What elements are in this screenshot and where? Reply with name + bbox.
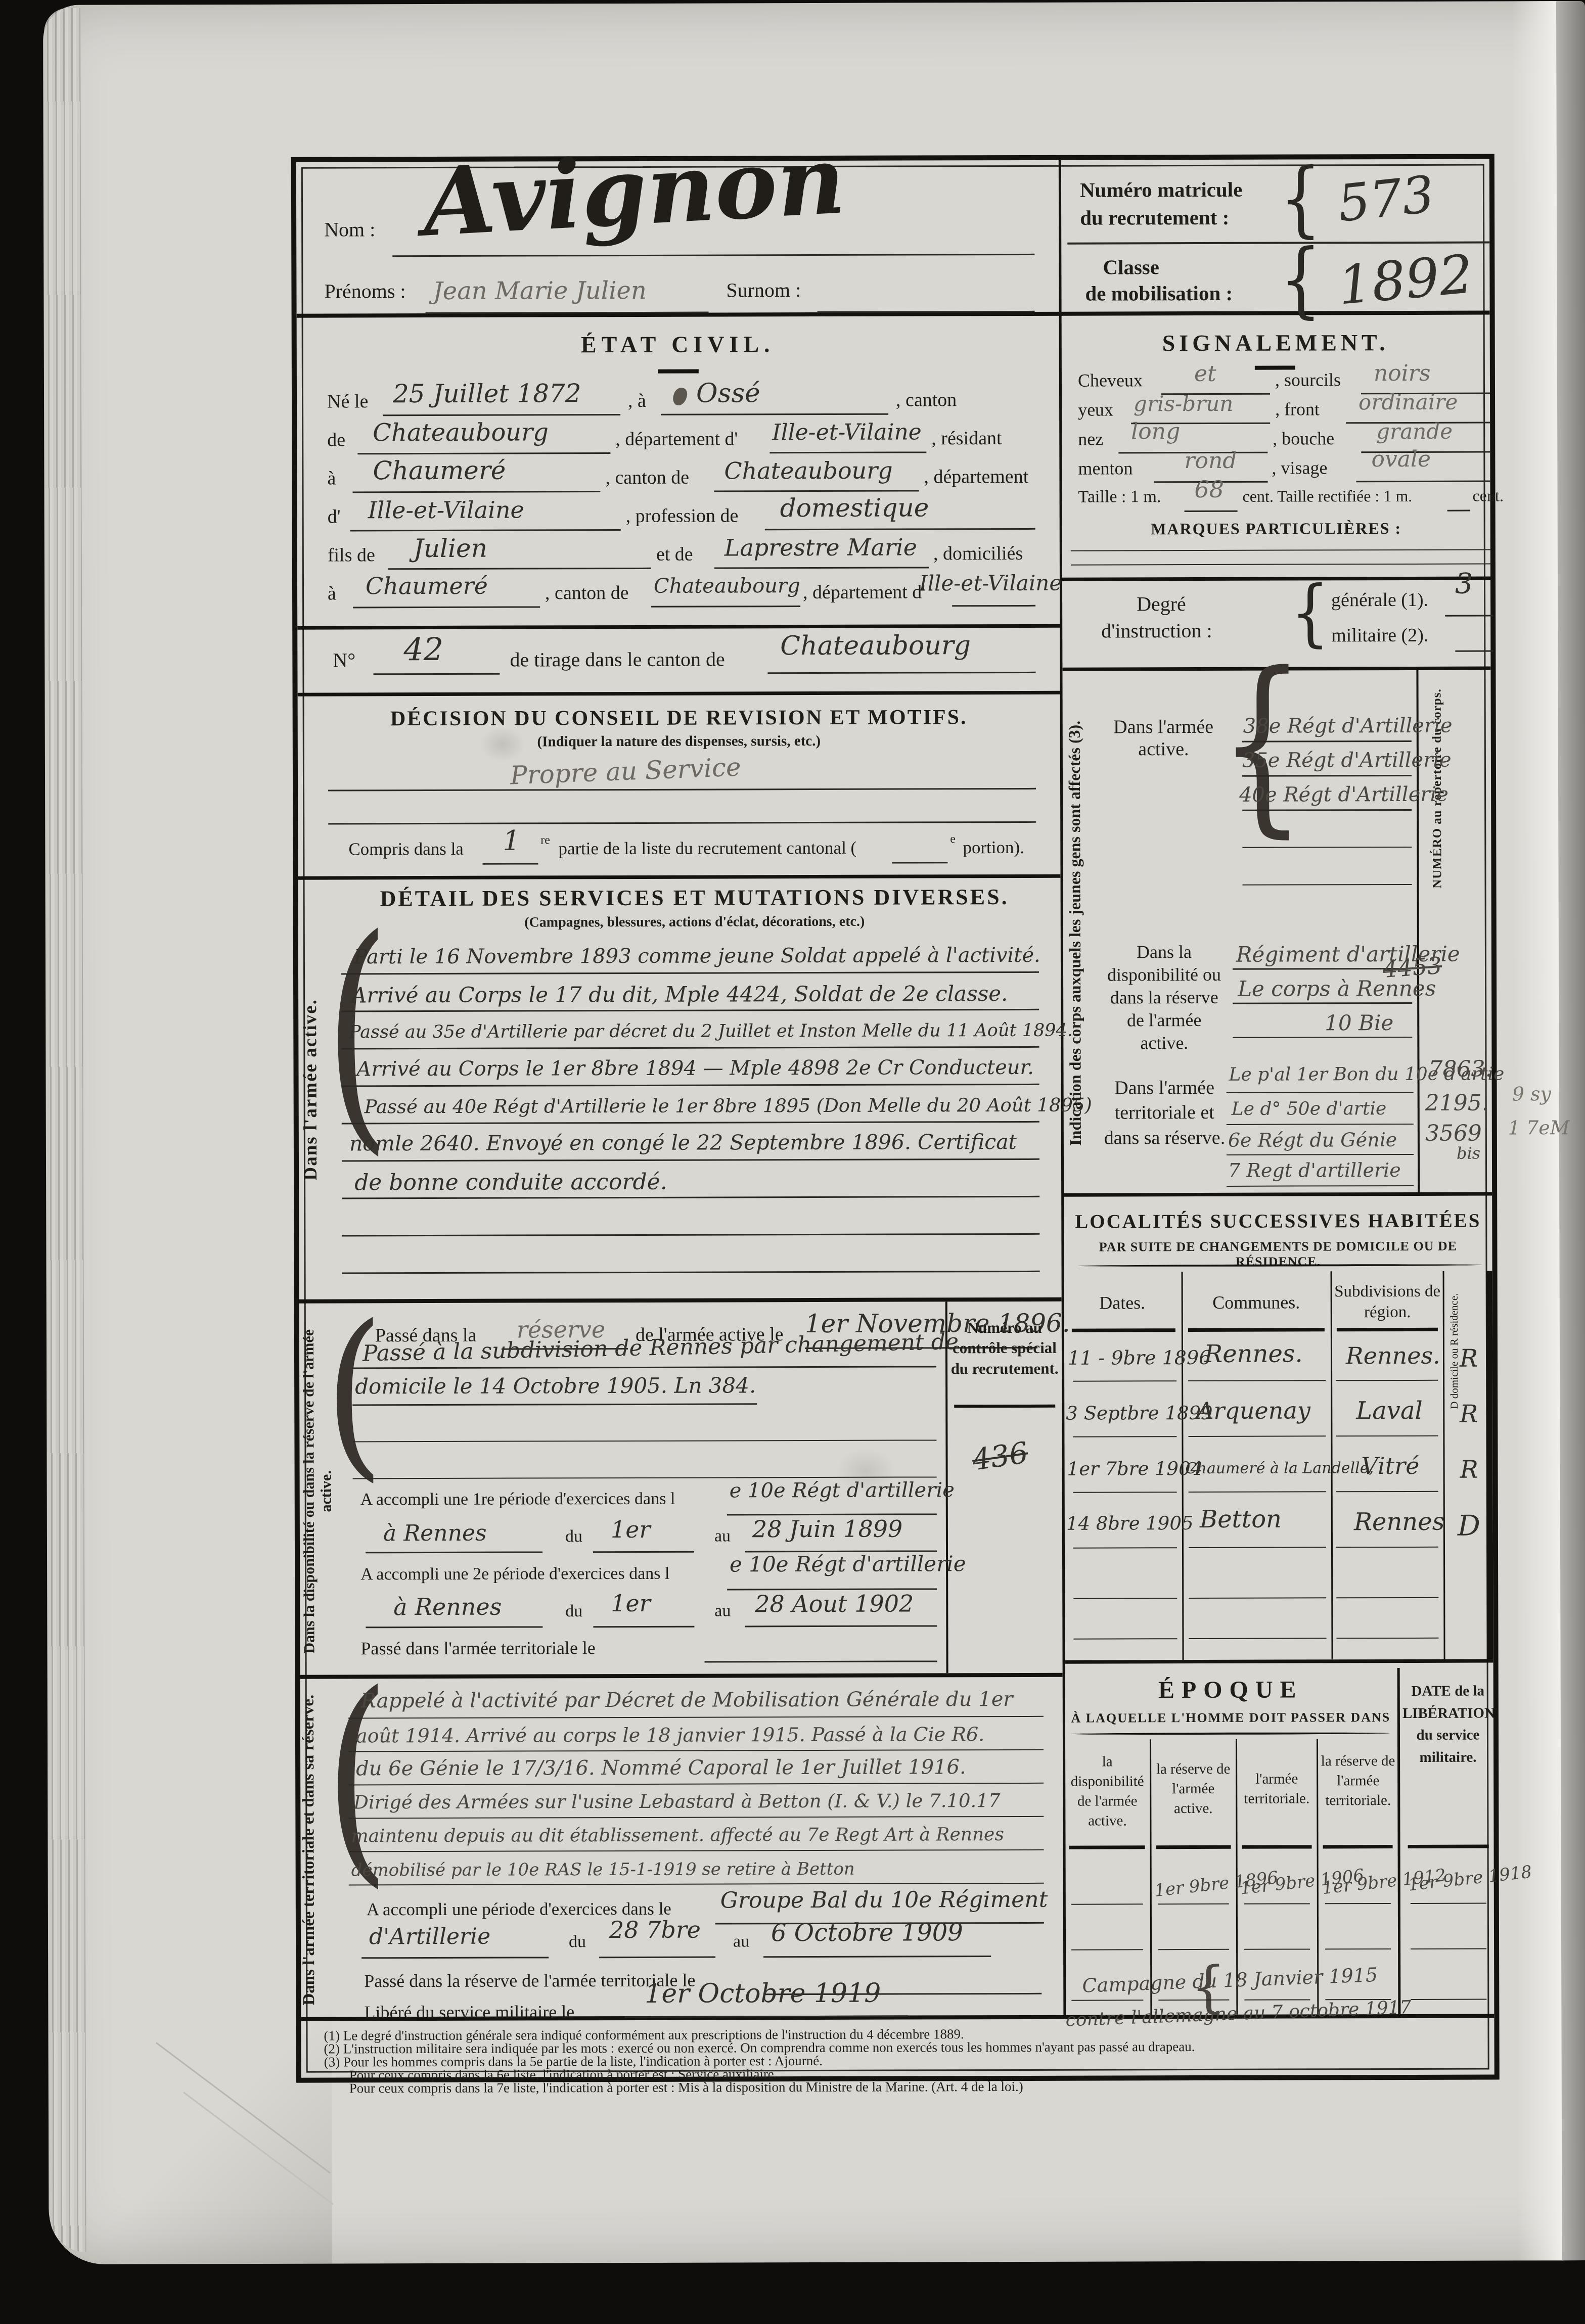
line [1227, 1124, 1414, 1125]
line [1189, 1547, 1326, 1548]
epoque-col-1: la disponibilité de l'armée active. [1067, 1752, 1148, 1831]
corps-terr-entry: 6e Régt du Génie [1228, 1129, 1397, 1151]
line [1185, 510, 1238, 512]
col-communes: Communes. [1183, 1291, 1330, 1313]
domicilies-label: , domiciliés [933, 542, 1023, 565]
epoque-header-underline [1069, 1845, 1145, 1849]
ne-le-label: Né le [327, 390, 368, 412]
line [1071, 549, 1490, 551]
canton-naissance: Chateaubourg [373, 418, 549, 447]
repertoire-number: 2195. [1425, 1090, 1489, 1116]
menton: rond [1184, 448, 1237, 474]
corps-active-entry: 35e Régt d'Artillerie [1242, 749, 1452, 772]
margin-note: 1 7eM [1508, 1117, 1570, 1139]
loc-subdivision: Laval [1356, 1397, 1423, 1425]
fils-de-label: fils de [328, 544, 375, 566]
a-label: à [328, 582, 336, 605]
line [1445, 615, 1493, 616]
matricule-line [1067, 242, 1489, 245]
numero-tirage-label: N° [333, 648, 355, 672]
rule [300, 1673, 1063, 1679]
classe-brace: { [1280, 238, 1322, 320]
territoriale-periode-corps-2: d'Artillerie [369, 1924, 490, 1950]
title-dash [658, 369, 699, 374]
epoque-col-4: la réserve de l'armée territoriale. [1320, 1751, 1396, 1811]
a-label: à [327, 467, 336, 489]
territoriale-entry: du 6e Génie le 17/3/16. Nommé Caporal le… [356, 1755, 966, 1780]
canton-suffix: , canton [896, 389, 957, 411]
header-underline [1188, 1328, 1325, 1332]
line [1411, 1999, 1486, 2000]
services-subtitle: (Campagnes, blessures, actions d'éclat, … [329, 913, 1061, 932]
line [352, 1403, 757, 1406]
militaire-label: militaire (2). [1331, 624, 1428, 647]
nez: long [1131, 419, 1180, 444]
rule [1062, 577, 1490, 581]
line [361, 1957, 549, 1959]
line [1188, 1380, 1326, 1381]
corps-terr-entry: Le d° 50e d'artie [1232, 1098, 1387, 1120]
header-underline [1337, 1328, 1438, 1332]
rule [1064, 1192, 1492, 1197]
au-label: au [714, 1526, 731, 1546]
periode2-label: A accompli une 2e période d'exercices da… [360, 1564, 669, 1585]
line [1227, 1154, 1414, 1155]
line [765, 528, 1035, 530]
profession: domestique [780, 493, 929, 523]
controle-underline [954, 1405, 1055, 1408]
line [1244, 1999, 1310, 2000]
line [714, 490, 919, 492]
sup: re [540, 833, 550, 847]
line [1336, 1435, 1438, 1437]
signalement-title: SIGNALEMENT. [1062, 329, 1490, 357]
corps-terr-label: Dans l'armée territoriale et dans sa rés… [1103, 1076, 1227, 1151]
line [341, 1009, 1039, 1012]
line [1188, 1435, 1326, 1437]
line [1411, 1903, 1486, 1904]
epoque-col-2: la réserve de l'armée active. [1153, 1759, 1234, 1819]
line [342, 1271, 1040, 1274]
cheveux-label: Cheveux [1078, 369, 1143, 391]
line [661, 413, 888, 415]
line [348, 1716, 1044, 1719]
numero-tirage: 42 [403, 631, 443, 668]
col-subdivisions: Subdivisions de région. [1333, 1281, 1442, 1323]
matricule-label-2: du recrutement : [1080, 205, 1229, 230]
header-underline [1072, 1328, 1175, 1332]
line [1189, 1597, 1326, 1599]
matricule-value: 573 [1335, 164, 1437, 234]
classe-value: 1892 [1335, 243, 1475, 316]
line [350, 529, 621, 531]
line [1447, 510, 1470, 512]
line [342, 1158, 1039, 1162]
corps-dispo-entry: 10 Bie [1325, 1010, 1393, 1035]
decision-title: DÉCISION DU CONSEIL DE REVISION ET MOTIF… [298, 705, 1060, 731]
matricule-form: Nom : Avignon Prénoms : Jean Marie Julie… [291, 154, 1500, 2082]
prenoms-label: Prénoms : [324, 279, 405, 303]
repertoire-number: 7863. [1428, 1056, 1492, 1082]
service-entry: Arrivé au Corps le 17 du dit, Mple 4424,… [351, 981, 1008, 1007]
corps-active-entry: 38e Régt d'Artillerie [1243, 714, 1453, 738]
line [651, 606, 800, 608]
corps-dispo-label: Dans la disponibilité ou dans la réserve… [1102, 941, 1227, 1055]
repertoire-number-bis: bis [1457, 1144, 1480, 1163]
rule [298, 874, 1061, 880]
line [366, 1551, 542, 1553]
line [1073, 1436, 1176, 1437]
periode1-debut: 1er [611, 1516, 651, 1543]
document-page: Nom : Avignon Prénoms : Jean Marie Julie… [43, 1, 1585, 2264]
line [1325, 1903, 1391, 1904]
cheveux: et [1194, 361, 1216, 387]
canton-de-label: , canton de [605, 467, 689, 489]
residant-label: , résidant [931, 427, 1002, 449]
line [1158, 1903, 1229, 1904]
canton-parents: Chateaubourg [654, 574, 800, 598]
line [1071, 2000, 1143, 2001]
loc-date: 3 Septbre 1899 [1066, 1402, 1212, 1424]
territoriale-entry: Rappelé à l'activité par Décret de Mobil… [361, 1688, 1013, 1712]
periode1-corps: e 10e Régt d'artillerie [730, 1478, 955, 1502]
loc-subdivision: Rennes [1354, 1508, 1445, 1536]
periode2-debut: 1er [611, 1590, 651, 1617]
front-label: , front [1275, 398, 1320, 420]
partie-num: 1 [503, 825, 520, 857]
line [1336, 1638, 1438, 1639]
epoque-subtitle: À LAQUELLE L'HOMME DOIT PASSER DANS [1065, 1710, 1396, 1726]
au-label: au [714, 1601, 731, 1620]
line [342, 1084, 1039, 1087]
line [342, 1196, 1039, 1199]
service-entry: Arrivé au Corps le 1er 8bre 1894 — Mple … [356, 1056, 1034, 1081]
service-entry: de bonne conduite accordé. [354, 1169, 667, 1196]
line [1073, 1492, 1177, 1493]
loc-date: 11 - 9bre 1896 [1068, 1346, 1211, 1369]
classe-label-2: de mobilisation : [1085, 281, 1233, 306]
line [1073, 1380, 1176, 1382]
territoriale-periode-debut: 28 7bre [609, 1916, 701, 1943]
line [599, 1957, 715, 1959]
line [1242, 847, 1412, 848]
line [745, 1625, 937, 1627]
line [348, 1816, 1044, 1819]
line [349, 1849, 1044, 1852]
line [1336, 1491, 1438, 1493]
line [352, 1439, 936, 1442]
loc-dr: R [1460, 1400, 1478, 1428]
epoque-col-3: l'armée territoriale. [1238, 1769, 1315, 1809]
rule [297, 624, 1060, 630]
line [593, 1626, 694, 1628]
territoriale-periode-fin: 6 Octobre 1909 [771, 1918, 963, 1947]
compris-texte: partie de la liste du recrutement canton… [558, 838, 856, 859]
line [366, 1626, 542, 1628]
line [1244, 1948, 1310, 1949]
line [1071, 564, 1490, 566]
corps-active-entry: 40e Régt d'Artillerie [1239, 783, 1448, 807]
line [1158, 1949, 1229, 1950]
generale-label: générale (1). [1331, 589, 1428, 612]
etat-civil-title: ÉTAT CIVIL. [297, 330, 1059, 359]
corps-terr-entry: 7 Regt d'artillerie [1228, 1159, 1401, 1182]
sourcils: noirs [1374, 360, 1431, 386]
line [593, 1551, 694, 1553]
line [892, 862, 947, 863]
visage-label: , visage [1272, 457, 1327, 478]
footnote-5: Pour ceux compris dans la 7e liste, l'in… [349, 2078, 1482, 2097]
territoriale-periode-corps: Groupe Bal du 10e Régiment [720, 1887, 1048, 1914]
line [388, 568, 651, 570]
yeux: gris-brun [1134, 391, 1233, 416]
departement-label: , département d' [803, 581, 925, 603]
decision-valeur: Propre au Service [510, 752, 741, 790]
line [342, 1121, 1039, 1125]
corps-active-label: Dans l'armée active. [1104, 716, 1223, 761]
line [353, 606, 540, 608]
line [1242, 740, 1412, 742]
departement-naissance: Ille-et-Vilaine [772, 419, 922, 445]
nom-label: Nom : [324, 217, 375, 241]
taille-label: Taille : 1 m. [1078, 487, 1161, 506]
sup: e [950, 832, 956, 846]
line [1073, 1638, 1177, 1640]
canton-residence: Chateaubourg [724, 457, 892, 485]
periode1-label: A accompli une 1re période d'exercices d… [360, 1490, 675, 1510]
au-label: au [733, 1932, 749, 1951]
line [1158, 2000, 1229, 2001]
controle-label: Numéro au contrôle spécial du recrutemen… [949, 1318, 1060, 1379]
service-entry: Passé au 35e d'Artillerie par décret du … [349, 1020, 1073, 1043]
line [1189, 1638, 1326, 1639]
localites-title: LOCALITÉS SUCCESSIVES HABITÉES [1064, 1210, 1492, 1233]
corps-side-label: Indication des corps auxquels les jeunes… [1065, 676, 1097, 1191]
line [342, 1233, 1039, 1237]
loc-date: 14 8bre 1905 [1066, 1512, 1194, 1535]
tirage-canton: Chateaubourg [780, 630, 971, 661]
periode2-fin: 28 Aout 1902 [755, 1590, 914, 1618]
du-label: du [565, 1602, 582, 1621]
visage: ovale [1371, 446, 1431, 472]
line [482, 863, 538, 864]
departement-suffix: , département [924, 466, 1028, 488]
degre-label: Degré [1137, 592, 1186, 616]
line [1336, 1597, 1438, 1599]
front: ordinaire [1358, 390, 1458, 415]
line [763, 1956, 991, 1958]
periode2-lieu: à Rennes [393, 1593, 502, 1621]
line [1073, 1598, 1177, 1599]
line [1336, 1547, 1438, 1548]
departement-residence: Ille-et-Vilaine [368, 496, 524, 524]
classe-label: Classe [1103, 255, 1159, 279]
territoriale-entry: août 1914. Arrivé au corps le 18 janvier… [356, 1723, 984, 1747]
line [714, 567, 929, 569]
profession-label: , profession de [626, 504, 739, 527]
epoque-header-underline [1156, 1845, 1231, 1849]
line [348, 1783, 1044, 1786]
naissance-date: 25 Juillet 1872 [393, 379, 581, 408]
sourcils-label: , sourcils [1275, 369, 1341, 390]
line [1243, 884, 1412, 886]
line [1356, 481, 1490, 483]
line [1336, 1380, 1438, 1381]
book-page-edges [44, 8, 86, 2252]
marques-label: MARQUES PARTICULIÈRES : [1062, 519, 1490, 539]
libere-date: 1er Octobre 1919 [645, 1978, 881, 2009]
epoque-title: ÉPOQUE [1065, 1676, 1396, 1704]
matricule-brace: { [1280, 157, 1322, 240]
epoque-header-underline [1323, 1845, 1393, 1848]
pere: Julien [414, 534, 487, 563]
line [1325, 1999, 1391, 2000]
canton-de-label: , canton de [545, 582, 629, 604]
line [1455, 650, 1493, 652]
taille: 68 [1194, 476, 1224, 503]
line [328, 821, 1036, 825]
service-entry: Passé au 40e Régt d'Artillerie le 1er 8b… [365, 1094, 1092, 1118]
rule [298, 691, 1060, 696]
line [357, 452, 610, 454]
loc-dr: R [1460, 1456, 1478, 1484]
line [353, 491, 601, 493]
de-label: de [327, 429, 345, 451]
libere-label: Libéré du service militaire le [364, 2001, 574, 2023]
territoriale-entry: démobilisé par le 10e RAS le 15-1-1919 s… [351, 1859, 855, 1881]
territoriale-entry: maintenu depuis au dit établissement. af… [351, 1824, 1004, 1846]
domicile-parents: Chaumeré [366, 572, 488, 600]
bouche-label: , bouche [1273, 428, 1334, 449]
corner-fold-shadow [48, 1966, 332, 2264]
line [705, 1660, 937, 1662]
service-entry: Parti le 16 Novembre 1893 comme jeune So… [354, 944, 1040, 969]
loc-dr: R [1460, 1344, 1478, 1373]
mere: Laprestre Marie [724, 533, 917, 561]
margin-note: 9 sy [1512, 1083, 1551, 1105]
nom-value: Avignon [420, 124, 848, 258]
line [1233, 1037, 1412, 1038]
loc-commune: Chaumeré à la Landelle, [1186, 1459, 1374, 1477]
compris-fin: portion). [963, 838, 1024, 858]
departement-label: , département d' [615, 428, 738, 450]
line [348, 1749, 1044, 1752]
tirage-texte: de tirage dans le canton de [510, 647, 724, 671]
table-divider [1443, 1271, 1445, 1659]
d-label: d' [328, 505, 341, 528]
du-label: du [569, 1932, 586, 1951]
residence: Chaumeré [373, 456, 506, 486]
dispo-entry: domicile le 14 Octobre 1905. Ln 384. [355, 1373, 756, 1399]
line [1189, 1491, 1326, 1493]
epoque-date-divider [1397, 1668, 1401, 2014]
nez-label: nez [1078, 429, 1103, 450]
yeux-label: yeux [1078, 399, 1113, 420]
table-divider-thick [1486, 1271, 1493, 1659]
epoque-header-underline [1408, 1845, 1489, 1848]
departement-parents: Ille-et-Vilaine [919, 571, 1062, 596]
line [1073, 1547, 1177, 1549]
degre-label-2: d'instruction : [1101, 619, 1212, 643]
menton-label: menton [1078, 457, 1133, 479]
line [1411, 1948, 1486, 1949]
line [349, 1883, 1044, 1886]
line [383, 414, 620, 416]
loc-date: 1er 7bre 1904 [1067, 1458, 1203, 1480]
loc-commune: Arquenay [1197, 1397, 1310, 1424]
cent-label: cent. [1473, 486, 1504, 505]
periode2-corps: e 10e Régt d'artillerie [730, 1551, 966, 1576]
line [769, 451, 926, 453]
line [352, 1366, 936, 1369]
service-entry: nomle 2640. Envoyé en congé le 22 Septem… [349, 1130, 1017, 1155]
line [1325, 1948, 1391, 1949]
du-label: du [565, 1527, 582, 1546]
corps-dispo-crossed-number: 4453 [1382, 952, 1443, 983]
bouche: grande [1376, 419, 1453, 444]
a-label: , à [628, 390, 646, 412]
et-de-label: et de [656, 543, 693, 566]
repertoire-number: 3569 [1425, 1121, 1482, 1146]
taille-rectifiee-label: cent. Taille rectifiée : 1 m. [1243, 487, 1413, 506]
line [1244, 1903, 1310, 1904]
controle-value: 436 [970, 1435, 1030, 1477]
passe-territoriale-label: Passé dans l'armée territoriale le [360, 1637, 595, 1659]
generale-valeur: 3 [1455, 568, 1473, 600]
territoriale-entry: Dirigé des Armées sur l'usine Lebastard … [353, 1790, 1000, 1813]
periode1-fin: 28 Juin 1899 [752, 1515, 902, 1543]
line [952, 605, 1035, 607]
line [1242, 809, 1412, 811]
services-title: DÉTAIL DES SERVICES ET MUTATIONS DIVERSE… [329, 884, 1061, 912]
line [341, 971, 1039, 975]
surnom-label: Surnom : [726, 278, 801, 302]
periode1-lieu: à Rennes [383, 1520, 487, 1547]
line [341, 1046, 1039, 1050]
line [1227, 1185, 1414, 1187]
loc-dr: D [1458, 1510, 1480, 1543]
col-dates: Dates. [1064, 1292, 1181, 1314]
line [1242, 775, 1412, 777]
rule [1065, 1659, 1493, 1664]
naissance-lieu: Ossé [696, 378, 760, 408]
campagne-note: Campagne du 18 Janvier 1915 [1082, 1964, 1378, 1997]
column-divider [1059, 160, 1066, 2016]
matricule-label: Numéro matricule [1080, 177, 1243, 202]
loc-commune: Rennes. [1204, 1339, 1303, 1368]
loc-commune: Betton [1200, 1505, 1282, 1533]
epoque-col-date: DATE de la LIBÉRATION du service militai… [1402, 1681, 1493, 1769]
curly-rule [1071, 1732, 1390, 1735]
line [1071, 1949, 1143, 1950]
line [1233, 1002, 1412, 1004]
compris-label: Compris dans la [348, 839, 464, 860]
line [767, 672, 1035, 674]
loc-subdivision: Vitré [1362, 1452, 1420, 1479]
epoque-header-underline [1242, 1845, 1312, 1848]
loc-subdivision: Rennes. [1346, 1342, 1440, 1369]
line [373, 673, 500, 675]
decision-subtitle: (Indiquer la nature des dispenses, sursi… [298, 732, 1060, 751]
line [328, 788, 1036, 792]
line [1071, 1903, 1143, 1904]
prenoms-value: Jean Marie Julien [433, 276, 646, 305]
line [1227, 1092, 1414, 1093]
